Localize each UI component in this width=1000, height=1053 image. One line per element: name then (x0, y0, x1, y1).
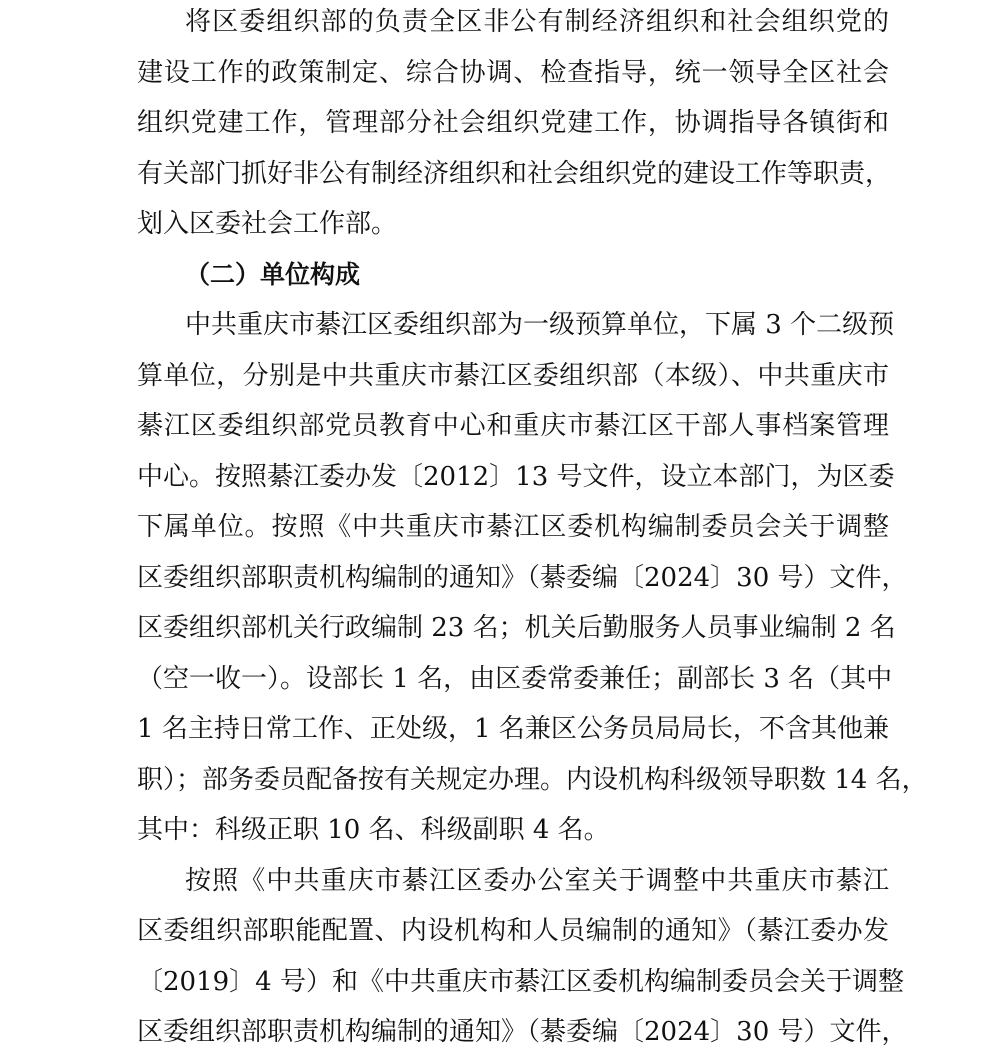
text-line: 区委组织部机关行政编制 23 名；机关后勤服务人员事业编制 2 名 (137, 606, 889, 657)
text-line: 1 名主持日常工作、正处级，1 名兼区公务员局局长，不含其他兼 (137, 707, 889, 758)
text-line: 组织党建工作，管理部分社会组织党建工作，协调指导各镇街和 (137, 101, 889, 152)
paragraph-transfer-duties: 将区委组织部的负责全区非公有制经济组织和社会组织党的 建设工作的政策制定、综合协… (137, 0, 889, 253)
text-line: 按照《中共重庆市綦江区委办公室关于调整中共重庆市綦江 (137, 859, 889, 910)
text-line: 中共重庆市綦江区委组织部为一级预算单位，下属 3 个二级预 (137, 303, 889, 354)
text-line: 其中：科级正职 10 名、科级副职 4 名。 (137, 808, 889, 859)
text-line: 区委组织部职责机构编制的通知》（綦委编〔2024〕30 号）文件， (137, 556, 889, 607)
text-line: 将区委组织部的负责全区非公有制经济组织和社会组织党的 (137, 0, 889, 51)
text-line: 建设工作的政策制定、综合协调、检查指导，统一领导全区社会 (137, 51, 889, 102)
text-line: 有关部门抓好非公有制经济组织和社会组织党的建设工作等职责， (137, 152, 889, 203)
text-line: 区委组织部职能配置、内设机构和人员编制的通知》（綦江委办发 (137, 909, 889, 960)
text-line: 划入区委社会工作部。 (137, 202, 889, 253)
section-heading-unit-composition: （二）单位构成 (137, 253, 889, 304)
text-line: 下属单位。按照《中共重庆市綦江区委机构编制委员会关于调整 (137, 505, 889, 556)
text-line: 〔2019〕4 号）和《中共重庆市綦江区委机构编制委员会关于调整 (137, 960, 889, 1011)
text-line: （空一收一）。设部长 1 名，由区委常委兼任；副部长 3 名（其中 (137, 657, 889, 708)
text-line: 职）；部务委员配备按有关规定办理。内设机构科级领导职数 14 名， (137, 758, 889, 809)
text-line: 算单位，分别是中共重庆市綦江区委组织部（本级）、中共重庆市 (137, 354, 889, 405)
text-line: 綦江区委组织部党员教育中心和重庆市綦江区干部人事档案管理 (137, 404, 889, 455)
text-line: 中心。按照綦江委办发〔2012〕13 号文件，设立本部门，为区委 (137, 455, 889, 506)
document-page: 将区委组织部的负责全区非公有制经济组织和社会组织党的 建设工作的政策制定、综合协… (137, 0, 889, 1053)
text-line: 区委组织部职责机构编制的通知》（綦委编〔2024〕30 号）文件， (137, 1010, 889, 1053)
paragraph-adjustment-notice: 按照《中共重庆市綦江区委办公室关于调整中共重庆市綦江 区委组织部职能配置、内设机… (137, 859, 889, 1053)
paragraph-unit-composition: 中共重庆市綦江区委组织部为一级预算单位，下属 3 个二级预 算单位，分别是中共重… (137, 303, 889, 859)
